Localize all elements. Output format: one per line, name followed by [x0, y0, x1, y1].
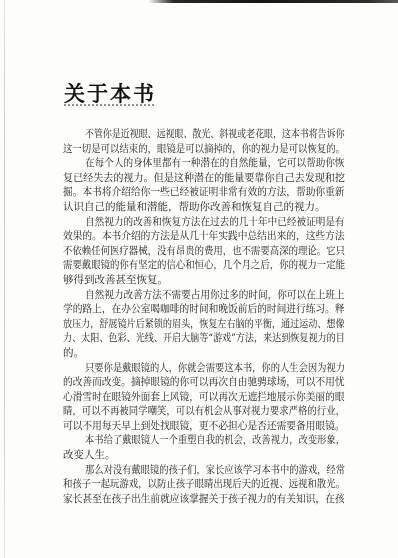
text-line: 和孩子一起玩游戏，以防止孩子眼睛出现后天的近视、远视和散光。	[63, 477, 345, 492]
text-line: 需要戴眼镜的你有坚定的信心和恒心，几个月之后，你的视力一定能	[63, 258, 345, 273]
text-line: 那么对没有戴眼镜的孩子们，家长应该学习本书中的游戏，经常	[63, 463, 345, 478]
text-line: 学的路上，在办公室喝咖啡的时间和晚饭前后的时间进行练习。释	[63, 302, 345, 317]
text-line: 复已经失去的视力。但是这种潜在的能量要靠你自己去发现和挖	[63, 171, 345, 186]
text-line: 家长甚至在孩子出生前就应该掌握关于孩子视力的有关知识，在孩	[63, 492, 345, 507]
title-dotted-rule	[64, 104, 154, 106]
book-page: 关于本书 不管你是近视眼、远视眼、散光、斜视或老花眼，这本书将告诉你这一切是可以…	[0, 0, 398, 558]
scan-artifact-left-edge	[4, 0, 5, 558]
text-line: 够得到改善甚至恢复。	[63, 273, 345, 288]
text-line: 睛，可以不再被同学嘲笑，可以有机会从事对视力要求严格的行业，	[63, 404, 345, 419]
text-line: 这一切是可以结束的，眼镜是可以摘掉的，你的视力是可以恢复的。	[63, 142, 345, 157]
text-line: 自然视力改善方法不需要占用你过多的时间，你可以在上班上	[63, 288, 345, 303]
text-line: 本书给了戴眼镜人一个重塑自我的机会，改善视力，改变形象，	[63, 433, 345, 448]
text-line: 可以不用每天早上到处找眼镜，更不必担心是否还需要备用眼镜。	[63, 419, 345, 434]
text-line: 的。	[63, 346, 345, 361]
text-line: 心滑雪时在眼镜外面套上风镜，可以再次无遮拦地展示你美丽的眼	[63, 390, 345, 405]
text-line: 改变人生。	[63, 448, 345, 463]
text-line: 不依赖任何医疗器械，没有昂贵的费用，也不需要高深的理论。它只	[63, 244, 345, 259]
text-line: 的改善而改变。摘掉眼镜的你可以再次自由驰骋球场，可以不用忧	[63, 375, 345, 390]
text-line: 力、太阳、色彩、光线、开启大脑等“游戏”方法，来达到恢复视力的目	[63, 331, 345, 346]
text-line: 自然视力的改善和恢复方法在过去的几十年中已经被证明是有	[63, 215, 345, 230]
text-line: 放压力，舒展镜片后紧锁的眉头，恢复左右脑的平衡，通过运动、想像	[63, 317, 345, 332]
body-text: 不管你是近视眼、远视眼、散光、斜视或老花眼，这本书将告诉你这一切是可以结束的，眼…	[63, 127, 345, 506]
text-line: 效果的。本书介绍的方法是从几十年实践中总结出来的，这些方法	[63, 229, 345, 244]
text-line: 掘。本书将介绍给你一些已经被证明非常有效的方法，帮助你重新	[63, 185, 345, 200]
text-line: 在每个人的身体里都有一种潜在的自然能量，它可以帮助你恢	[63, 156, 345, 171]
text-line: 只要你是戴眼镜的人，你就会需要这本书，你的人生会因为视力	[63, 361, 345, 376]
text-line: 认识自己的能量和潜能，帮助你改善和恢复自己的视力。	[63, 200, 345, 215]
text-line: 不管你是近视眼、远视眼、散光、斜视或老花眼，这本书将告诉你	[63, 127, 345, 142]
scan-artifact-top-edge	[148, 0, 398, 3]
